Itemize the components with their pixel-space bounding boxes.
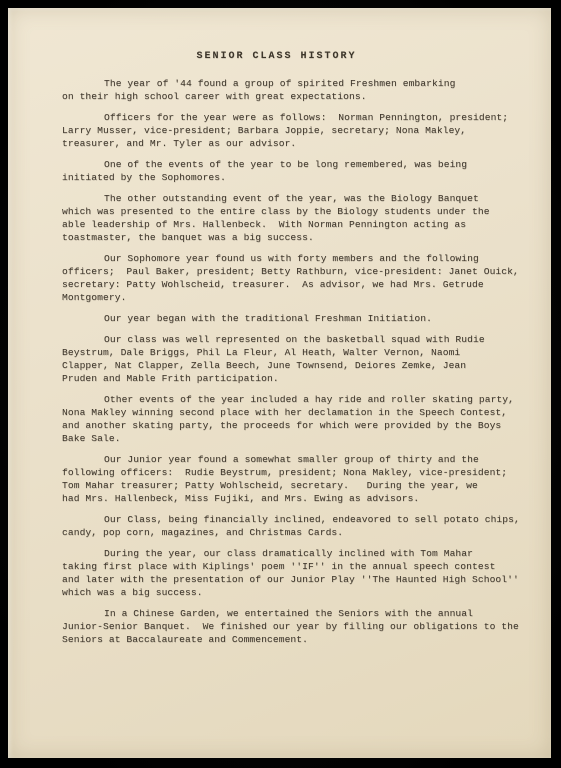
- document-page: SENIOR CLASS HISTORY The year of '44 fou…: [8, 8, 551, 758]
- photo-frame: SENIOR CLASS HISTORY The year of '44 fou…: [0, 0, 561, 768]
- paragraph-other-events: Other events of the year included a hay …: [62, 393, 527, 445]
- paragraph-freshman-year: The year of '44 found a group of spirite…: [62, 77, 527, 103]
- paragraph-sophomore-officers: Our Sophomore year found us with forty m…: [62, 252, 527, 304]
- paragraph-fundraising: Our Class, being financially inclined, e…: [62, 513, 527, 539]
- paragraph-freshman-officers: Officers for the year were as follows: N…: [62, 111, 527, 150]
- page-content: SENIOR CLASS HISTORY The year of '44 fou…: [62, 50, 527, 654]
- paragraph-initiation: One of the events of the year to be long…: [62, 158, 527, 184]
- paragraph-freshman-initiation: Our year began with the traditional Fres…: [62, 312, 527, 325]
- paragraph-speech-contest: During the year, our class dramatically …: [62, 547, 527, 599]
- paragraph-junior-officers: Our Junior year found a somewhat smaller…: [62, 453, 527, 505]
- page-title: SENIOR CLASS HISTORY: [44, 50, 509, 63]
- paragraph-basketball-squad: Our class was well represented on the ba…: [62, 333, 527, 385]
- paragraph-chinese-garden-banquet: In a Chinese Garden, we entertained the …: [62, 607, 527, 646]
- paragraph-biology-banquet: The other outstanding event of the year,…: [62, 192, 527, 244]
